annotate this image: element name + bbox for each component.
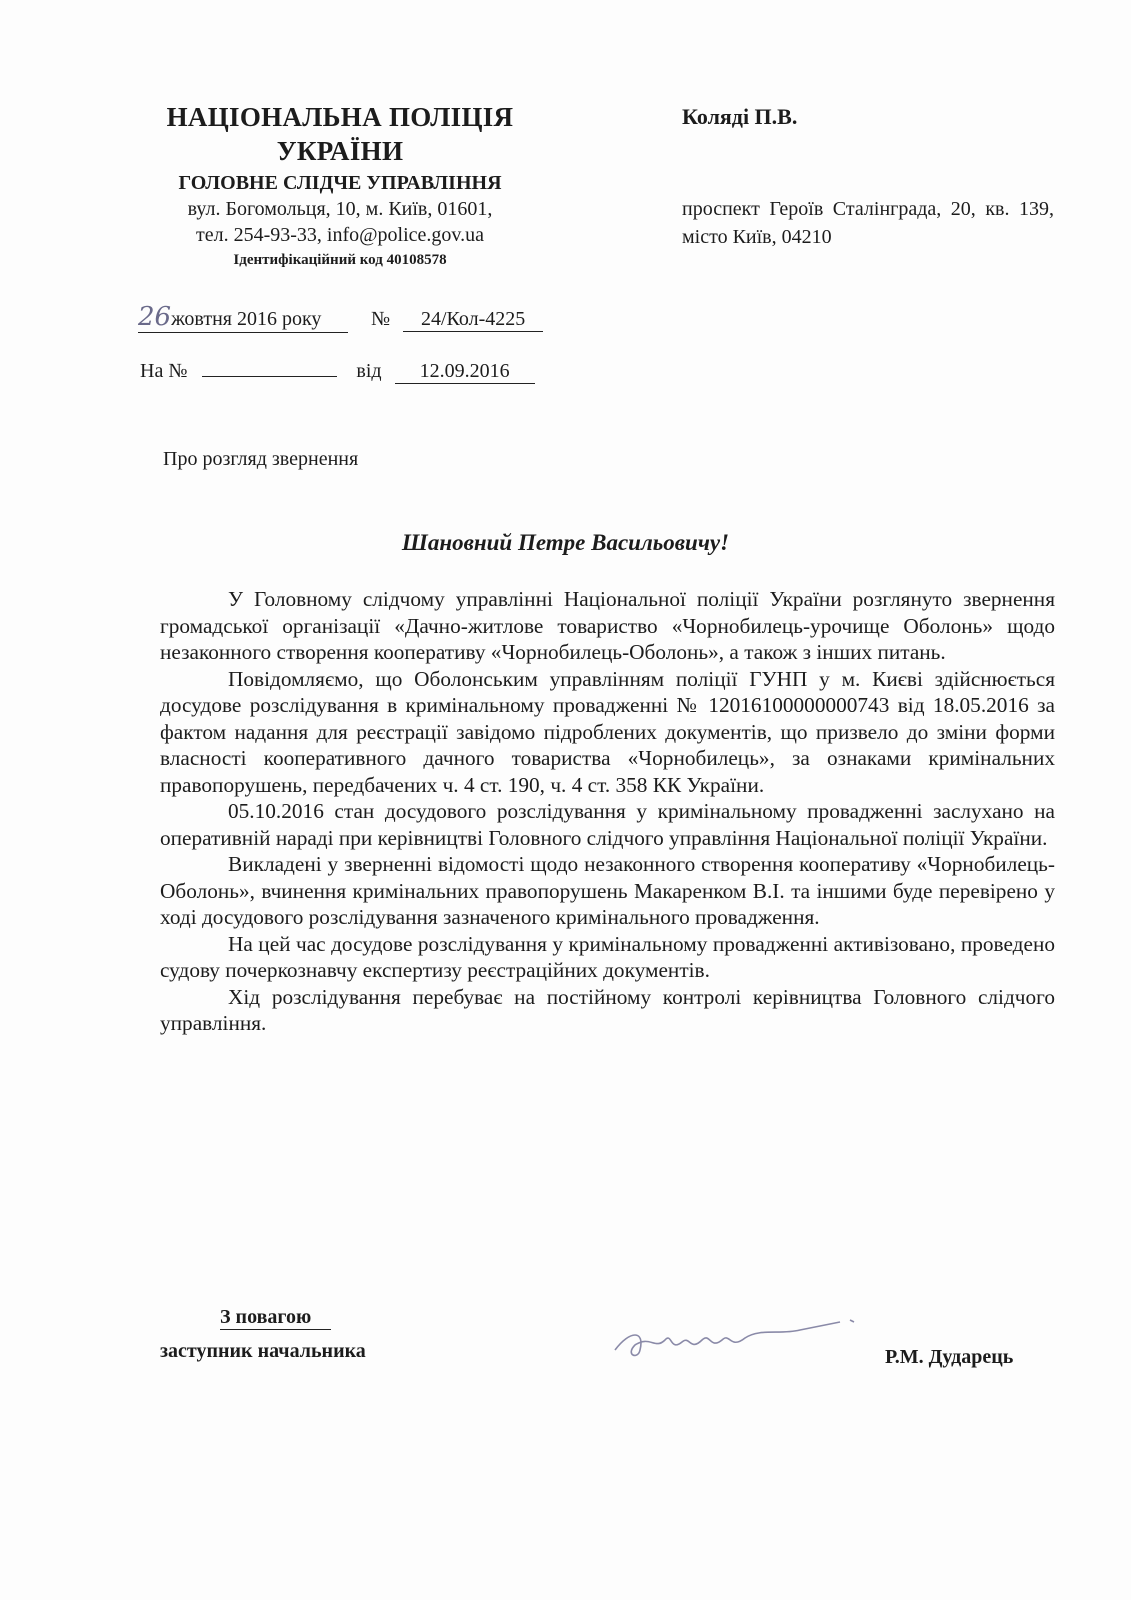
reference-date: 12.09.2016 <box>395 360 535 384</box>
signer-position: заступник начальника <box>160 1340 366 1363</box>
outgoing-date-line: 26жовтня 2016 року № 24/Кол-4225 <box>138 302 543 333</box>
reference-line: На № від 12.09.2016 <box>140 360 535 384</box>
signer-name: Р.М. Дударець <box>885 1346 1013 1369</box>
org-address: вул. Богомольця, 10, м. Київ, 01601, <box>140 196 540 222</box>
letterhead: НАЦІОНАЛЬНА ПОЛІЦІЯ УКРАЇНИ ГОЛОВНЕ СЛІД… <box>140 100 540 272</box>
closing: З повагою <box>220 1306 331 1330</box>
reference-label: На № <box>140 360 187 382</box>
greeting: Шановний Петре Васильовичу! <box>0 530 1131 556</box>
ident-code: Ідентифікаційний код 40108578 <box>140 248 540 272</box>
org-contacts: тел. 254-93-33, info@police.gov.ua <box>140 222 540 248</box>
paragraph: Повідомляємо, що Оболонським управлінням… <box>160 666 1055 799</box>
paragraph: 05.10.2016 стан досудового розслідування… <box>160 798 1055 851</box>
outgoing-number: 24/Кол-4225 <box>403 308 543 332</box>
letter-body: У Головному слідчому управлінні Націонал… <box>160 586 1055 1037</box>
org-name-line1: НАЦІОНАЛЬНА ПОЛІЦІЯ <box>140 100 540 134</box>
recipient-name: Коляді П.В. <box>682 104 797 130</box>
outgoing-date: 26жовтня 2016 року <box>138 302 348 333</box>
recipient-address: проспект Героїв Сталінграда, 20, кв. 139… <box>682 195 1054 251</box>
number-label: № <box>371 308 390 330</box>
paragraph: У Головному слідчому управлінні Націонал… <box>160 586 1055 666</box>
paragraph: На цей час досудове розслідування у крим… <box>160 931 1055 984</box>
subject-line: Про розгляд звернення <box>163 448 358 471</box>
org-name-line2: УКРАЇНИ <box>140 134 540 168</box>
department-name: ГОЛОВНЕ СЛІДЧЕ УПРАВЛІННЯ <box>140 170 540 196</box>
reference-number <box>202 376 337 377</box>
reference-from-label: від <box>356 360 381 382</box>
handwritten-signature <box>610 1310 880 1375</box>
paragraph: Хід розслідування перебуває на постійном… <box>160 984 1055 1037</box>
handwritten-day: 26 <box>138 302 171 332</box>
paragraph: Викладені у зверненні відомості щодо нез… <box>160 851 1055 931</box>
